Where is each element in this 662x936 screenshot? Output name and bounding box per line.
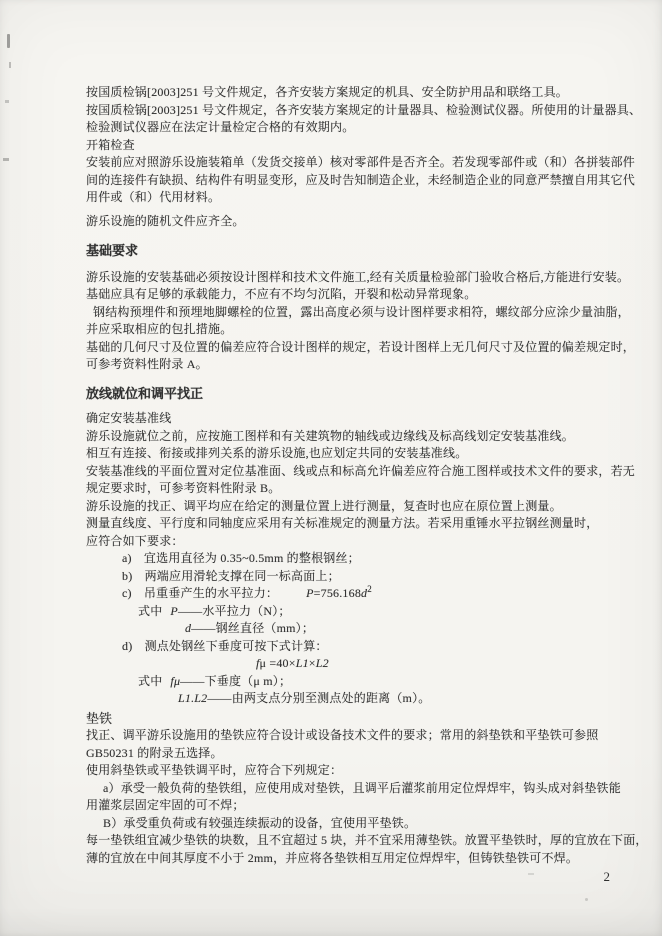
text-line: 基础的几何尺寸及位置的偏差应符合设计图样的规定，若设计图样上无几何尺寸及位置的偏… <box>86 339 622 357</box>
formula-variable-L1: L1 <box>296 656 309 670</box>
formula-definition-P: 式中P——水平拉力（N）； <box>86 603 622 621</box>
text-line: 按国质检锅[2003]251 号文件规定，各齐安装方案规定的机具、安全防护用品和… <box>86 84 622 102</box>
text-line: 用灌浆层固定牢固的可不焊； <box>86 797 622 815</box>
text-line: GB50231 的附录五选择。 <box>86 745 622 763</box>
formula-label: c) 吊重垂产生的水平拉力： <box>122 586 278 600</box>
text-line: 薄的宜放在中间其厚度不小于 2mm，并应将各垫铁相互用定位焊焊牢，但铸铁垫铁可不… <box>86 850 622 868</box>
text-line: 并应采取相应的包扎措施。 <box>86 321 622 339</box>
definition-text: ——下垂度（μ m）； <box>180 674 291 688</box>
list-item-a: a) 宜选用直径为 0.35~0.5mm 的整根钢丝； <box>86 550 622 568</box>
document-body: 按国质检锅[2003]251 号文件规定，各齐安装方案规定的机具、安全防护用品和… <box>86 84 622 867</box>
text-line: 基础应具有足够的承载能力，不应有不均匀沉陷，开裂和松动异常现象。 <box>86 286 622 304</box>
formula-variable-P: P <box>170 604 178 618</box>
section-heading-shim-plates: 垫铁 <box>86 710 622 728</box>
scan-artifact <box>528 873 534 875</box>
formula-definition-L1L2: L1.L2——由两支点分别至测点处的距离（m）。 <box>86 690 622 708</box>
scan-artifact <box>585 898 588 901</box>
definition-text: ——水平拉力（N）； <box>178 604 291 618</box>
text-line: 可参考资料性附录 A。 <box>86 356 622 374</box>
text-line: 安装前应对照游乐设施装箱单（发货交接单）核对零部件是否齐全。若发现零部件或（和）… <box>86 154 622 172</box>
text-line: 按国质检锅[2003]251 号文件规定，各齐安装方案规定的计量器具、检验测试仪… <box>86 102 622 120</box>
formula-body: μ =40× <box>260 656 296 670</box>
text-line: 游乐设施的随机文件应齐全。 <box>86 213 622 231</box>
definition-text: ——由两支点分别至测点处的距离（m）。 <box>207 691 430 705</box>
scanned-document-page: 按国质检锅[2003]251 号文件规定，各齐安装方案规定的机具、安全防护用品和… <box>0 0 662 936</box>
text-line: 钢结构预埋件和预埋地脚螺栓的位置，露出高度必须与设计图样要求相符，螺纹部分应涂少… <box>86 304 622 322</box>
text-line: 安装基准线的平面位置对定位基准面、线或点和标高允许偏差应符合施工图样或技术文件的… <box>86 463 622 481</box>
text-line: 检验测试仪器应在法定计量检定合格的有效期内。 <box>86 119 622 137</box>
text-line: 游乐设施的找正、调平均应在给定的测量位置上进行测量，复查时也应在原位置上测量。 <box>86 498 622 516</box>
formula-times: × <box>309 656 316 670</box>
text-line: 游乐设施的安装基础必须按设计图样和技术文件施工,经有关质量检验部门验收合格后,方… <box>86 269 622 287</box>
definition-prefix: 式中 <box>138 604 162 618</box>
definition-text: ——钢丝直径（mm）； <box>191 621 314 635</box>
text-line: 使用斜垫铁或平垫铁调平时，应符合下列规定： <box>86 762 622 780</box>
text-line: 规定要求时，可参考资料性附录 B。 <box>86 480 622 498</box>
list-item-B: B）承受重负荷或有较强连续振动的设备，宜使用平垫铁。 <box>86 815 622 833</box>
scan-artifact <box>7 34 10 48</box>
list-item-d: d) 测点处钢丝下垂度可按下式计算： <box>86 638 622 656</box>
subheading-unboxing-inspection: 开箱检查 <box>86 137 622 155</box>
text-line: 游乐设施就位之前，应按施工图样和有关建筑物的轴线或边缘线及标高线划定安装基准线。 <box>86 428 622 446</box>
text-line: 用件或（和）代用材料。 <box>86 189 622 207</box>
scan-artifact <box>9 62 11 68</box>
text-line: 应符合如下要求： <box>86 533 622 551</box>
list-item-c-formula: c) 吊重垂产生的水平拉力：P=756.168d2 <box>86 585 622 603</box>
text-line: 相互有连接、衔接或排列关系的游乐设施,也应划定共同的安装基准线。 <box>86 445 622 463</box>
text-line: 每一垫铁组宜减少垫铁的块数，且不宜超过 5 块，并不宜采用薄垫铁。放置平垫铁时，… <box>86 832 622 850</box>
section-heading-foundation-requirements: 基础要求 <box>86 242 622 260</box>
definition-prefix: 式中 <box>138 674 162 688</box>
text-line: 测量直线度、平行度和同轴度应采用有关标准规定的测量方法。若采用重锤水平拉钢丝测量… <box>86 515 622 533</box>
list-item-a: a）承受一般负荷的垫铁组，应使用成对垫铁，且调平后灌浆前用定位焊焊牢，钩头成对斜… <box>86 780 622 798</box>
formula-variable-fmu: fμ <box>170 674 180 688</box>
formula-variable-L2: L2 <box>316 656 329 670</box>
subheading-install-datum-line: 确定安装基准线 <box>86 410 622 428</box>
formula-variable-P: P <box>306 586 314 600</box>
text-line: 间的连接件有缺损、结构件有明显变形，应及时告知制造企业，未经制造企业的同意严禁擅… <box>86 172 622 190</box>
formula-sag: fμ =40×L1×L2 <box>86 655 622 673</box>
section-heading-layout-and-leveling: 放线就位和调平找正 <box>86 385 622 403</box>
formula-definition-d: d——钢丝直径（mm）； <box>86 620 622 638</box>
page-number: 2 <box>604 869 611 885</box>
scan-artifact <box>3 158 9 161</box>
formula-definition-f: 式中fμ——下垂度（μ m）； <box>86 673 622 691</box>
formula-variable-L1L2: L1.L2 <box>178 691 207 705</box>
formula-body: =756.168 <box>314 586 361 600</box>
formula-exponent: 2 <box>367 584 372 594</box>
scan-artifact <box>5 100 9 103</box>
text-line: 找正、调平游乐设施用的垫铁应符合设计或设备技术文件的要求；常用的斜垫铁和平垫铁可… <box>86 727 622 745</box>
list-item-b: b) 两端应用滑轮支撑在同一标高面上； <box>86 568 622 586</box>
